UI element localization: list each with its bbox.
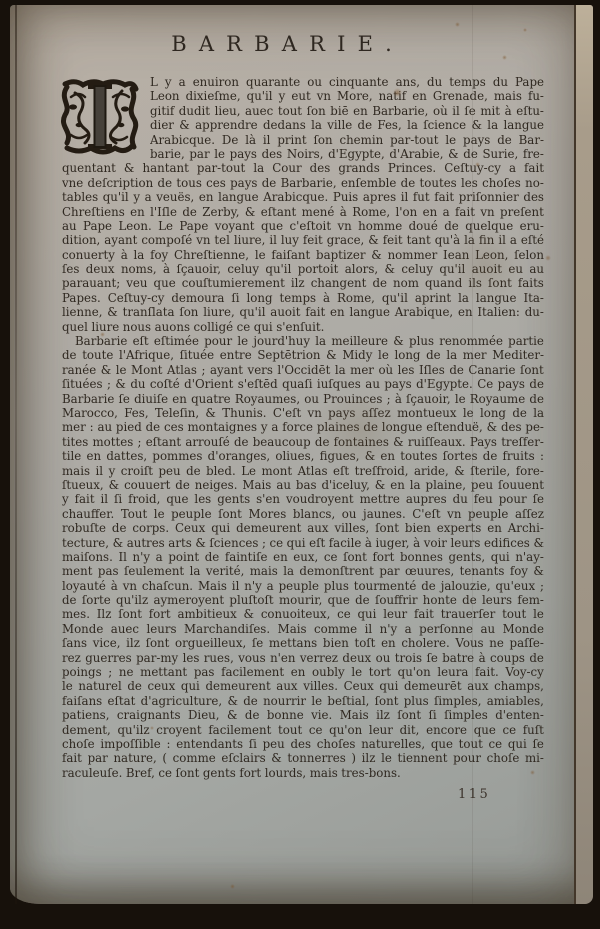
text-line: maiſons.Iln'yapointdefaintiſeeneux,ceſon… [62, 550, 544, 564]
text-line: quentant&hantantpar-toutlaCourdesgrandsP… [62, 161, 544, 175]
text-line: Marocco,Fes,Teleſin,&Thunis.C'eſtvnpaysa… [62, 406, 544, 420]
text-line: mer:aupieddecesmontaignesyaforceplainesd… [62, 420, 544, 434]
text-line: parauant;veuquecouſtumierementilzchangen… [62, 276, 544, 290]
text-line: conuertyàlafoyChreſtienne,lefaiſantbapti… [62, 248, 544, 262]
book-page: BARBARIE. [10, 5, 593, 904]
text-line: ſansvice,ilzſontorgueilleux,ſemettansbie… [62, 636, 544, 650]
text-line: robuſtedecorps.Ceuxquidemeurentauxvilles… [62, 521, 544, 535]
text-line: choſeimpoſſible:entendantsſipeudeschoſes… [62, 737, 544, 751]
text-line: lenatureldeceuxquidemeurentauxvilles.Ceu… [62, 679, 544, 693]
text-line: Papes.Ceſtuy-cydemouraſilongtempsàRome,q… [62, 291, 544, 305]
text-line: faiſanseſtatd'agriculture,&denourrirlebe… [62, 694, 544, 708]
text-line: tileendattes,pommesd'oranges,oliues,figu… [62, 449, 544, 463]
text-line: vnedeſcriptiondetouscespaysdeBarbarie,en… [62, 176, 544, 190]
text-line: loyautéàvnchaſcun.Maisiln'yapeupleplusto… [62, 579, 544, 593]
page-fore-edge [574, 5, 593, 904]
text-line: deſortequ'ilzaymeroyentpluſtoſtmourir,qu… [62, 593, 544, 607]
text-line: yfaitilſifroid,quelesgentss'envoudroyent… [62, 492, 544, 506]
drop-cap-initial-I [59, 77, 141, 157]
paragraph-1-beside-initial: Lyaenuironquaranteoucinquanteans,dutemps… [150, 75, 544, 161]
text-line: Arabicque.Delàilprintſoncheminpar-toutle… [150, 133, 544, 147]
text-line: dement,qu'ilzcroyentfacilementtoutcequ'o… [62, 723, 544, 737]
woodcut-initial-icon [59, 77, 141, 157]
text-line: tecture,&autresarts&ſciences;cequieſtfac… [62, 536, 544, 550]
text-line: mes.Ilzſontfortambitieux&conuoiteux,cequ… [62, 607, 544, 621]
text-line: patiens,craignantsDieu,&debonnevie.Maisi… [62, 708, 544, 722]
text-line: ſesdeuxnoms,àſçauoir,celuyqu'ilportoital… [62, 262, 544, 276]
text-line: poings;nemettantpasfacilementenoublyleto… [62, 665, 544, 679]
text-line: raculeuſe.Bref,ceſontgentsfortlourds,mai… [62, 766, 544, 780]
text-line: Chreſtiensenl'IſledeZerby,&eſtantmenéàRo… [62, 205, 544, 219]
text-block: Lyaenuironquaranteoucinquanteans,dutemps… [62, 75, 544, 802]
paragraph-1-full-width: quentant&hantantpar-toutlaCourdesgrandsP… [62, 161, 544, 334]
text-line: Leondixieſme,qu'ilyeutvnMore,natifenGren… [150, 89, 544, 103]
text-line: ranée&leMontAtlas;ayantversl'Occidētlame… [62, 363, 544, 377]
text-line: MondeauecleursMarchandiſes.Maiscommeiln'… [62, 622, 544, 636]
book-photo: BARBARIE. [0, 0, 600, 929]
text-line: gitifduditlieu,auectoutſonbiēenBarbarie,… [150, 104, 544, 118]
text-line: tablesqu'ilyaveuës,enlangueArabicque.Pui… [62, 190, 544, 204]
text-line: rezguerrespar-mylesrues,vousn'enverrezde… [62, 651, 544, 665]
text-line: Barbarieeſteſtiméepourlejourd'huylameill… [62, 334, 544, 348]
text-line: maisilycroiſtpeudebled.LemontAtlaseſttre… [62, 464, 544, 478]
text-line: faitparnature,(commeeſclairs&tonnerres)i… [62, 751, 544, 765]
text-line: ſtueux,&couuertdeneiges.Maisaubasd'icelu… [62, 478, 544, 492]
text-line: lienne,&tranſlataſonliure,qu'ilauoitfait… [62, 305, 544, 319]
text-line: mentpasſeulementlaverité,maislademonſtre… [62, 564, 544, 578]
text-line: BarbarieſediuiſeenquatreRoyaumes,ouProui… [62, 392, 544, 406]
gutter-crease [15, 5, 17, 904]
text-line: detoutel'Afrique,ſituéeentreSeptētrion&M… [62, 348, 544, 362]
text-line: dier&apprendrededanslavilledeFes,laſcien… [150, 118, 544, 132]
page-number: 115 [62, 787, 544, 802]
text-line: auPapeLeon.LePapevoyantquec'eſtoitvnhomm… [62, 219, 544, 233]
text-line: quelliurenousauonscolligécequis'enſuit. [62, 320, 544, 334]
text-line: barie,parlepaysdesNoirs,d'Egypte,d'Arabi… [150, 147, 544, 161]
text-line: chauffer.ToutlepeupleſontMoresblancs,ouj… [62, 507, 544, 521]
running-title: BARBARIE. [10, 32, 553, 56]
text-line: titesmottes;eſtantarrouſédebeaucoupdefon… [62, 435, 544, 449]
text-line: dition,ayantcompoſévntelliure,illuyfeitg… [62, 233, 544, 247]
text-line: Lyaenuironquaranteoucinquanteans,dutemps… [150, 75, 544, 89]
text-line: ſituées;&ducoſtéd'Orients'eſtēdquaſiiuſq… [62, 377, 544, 391]
paragraph-2: Barbarieeſteſtiméepourlejourd'huylameill… [62, 334, 544, 780]
